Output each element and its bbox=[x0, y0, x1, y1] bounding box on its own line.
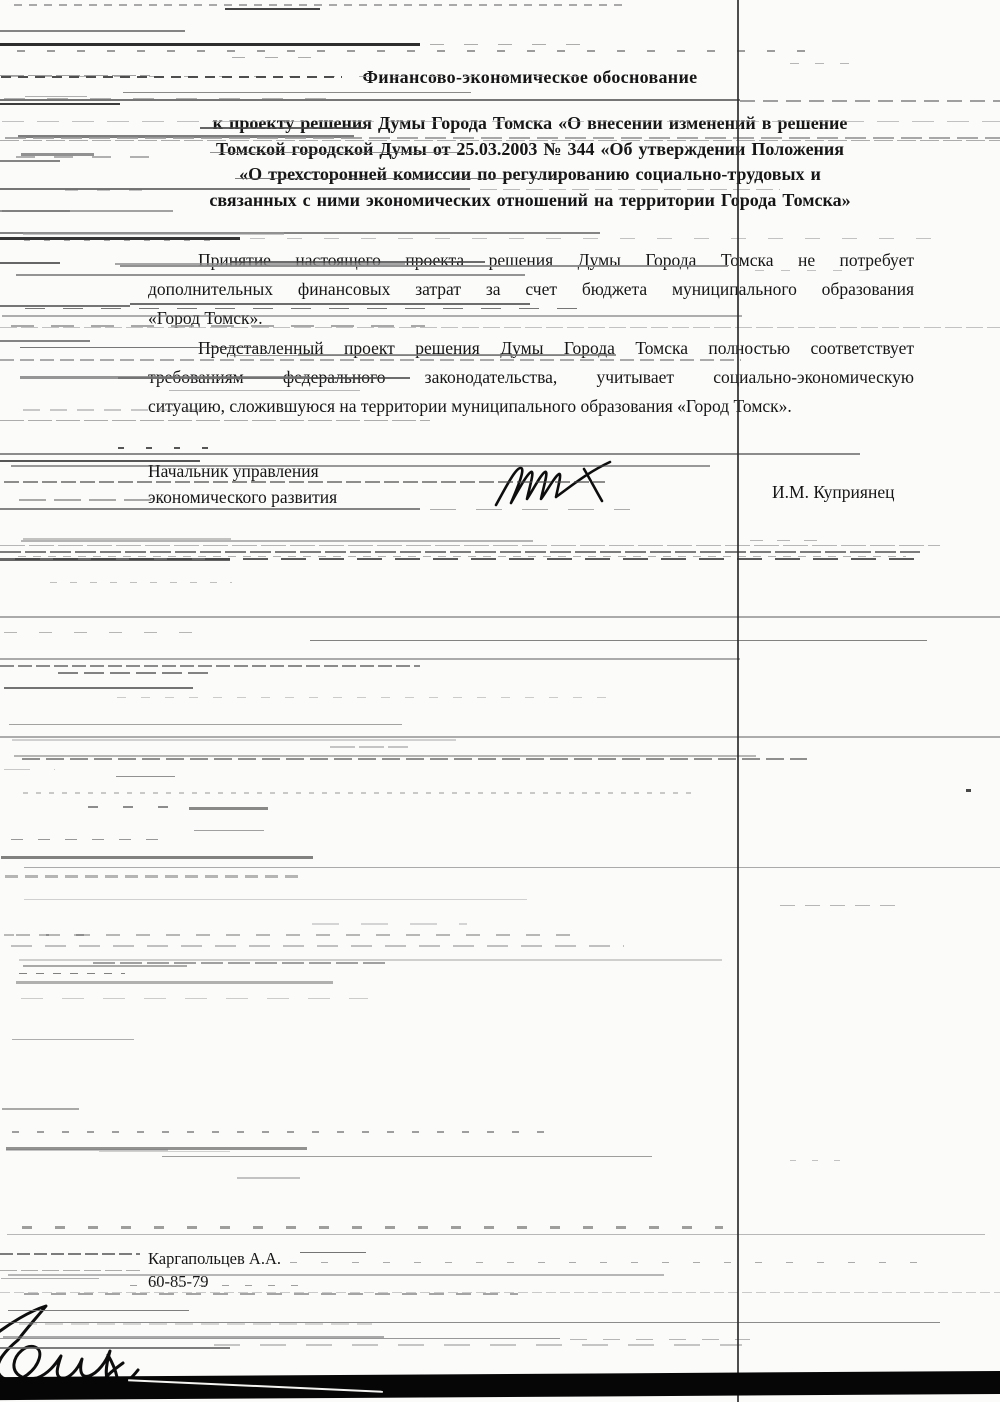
executor-name: Каргапольцев А.А. bbox=[148, 1247, 281, 1270]
document-title: Финансово-экономическое обоснование bbox=[100, 67, 960, 88]
paragraph-1-line-1: Принятие настоящего проекта решения Думы… bbox=[148, 246, 914, 275]
document-content: Финансово-экономическое обоснование к пр… bbox=[0, 0, 1000, 1402]
executor-block: Каргапольцев А.А. 60-85-79 bbox=[148, 1247, 281, 1293]
paragraph-2-line-1: Представленный проект решения Думы Город… bbox=[148, 334, 914, 363]
paragraph-2-line-2: требованиям федерального законодательств… bbox=[148, 363, 914, 392]
signatory-position: Начальник управления экономического разв… bbox=[148, 458, 337, 510]
head-signature-icon bbox=[492, 459, 627, 511]
paragraph-1-line-2: дополнительных финансовых затрат за счет… bbox=[148, 275, 914, 304]
signatory-position-line-2: экономического развития bbox=[148, 484, 337, 510]
scan-fold-line bbox=[737, 0, 739, 1402]
scanned-document-page: Финансово-экономическое обоснование к пр… bbox=[0, 0, 1000, 1402]
subtitle-line-4: связанных с ними экономических отношений… bbox=[100, 188, 960, 214]
signatory-position-line-1: Начальник управления bbox=[148, 458, 337, 484]
signatory-name: И.М. Куприянец bbox=[772, 482, 894, 503]
subtitle-line-1: к проекту решения Думы Города Томска «О … bbox=[100, 111, 960, 137]
executor-phone: 60-85-79 bbox=[148, 1270, 281, 1293]
document-subtitle: к проекту решения Думы Города Томска «О … bbox=[100, 111, 960, 213]
subtitle-line-3: «О трехсторонней комиссии по регулирован… bbox=[100, 162, 960, 188]
paragraph-2-line-3: ситуацию, сложившуюся на территории муни… bbox=[148, 392, 914, 421]
paragraph-2: Представленный проект решения Думы Город… bbox=[148, 334, 914, 421]
subtitle-line-2: Томской городской Думы от 25.03.2003 № 3… bbox=[100, 137, 960, 163]
paragraph-1: Принятие настоящего проекта решения Думы… bbox=[148, 246, 914, 333]
paragraph-1-line-3: «Город Томск». bbox=[148, 304, 914, 333]
